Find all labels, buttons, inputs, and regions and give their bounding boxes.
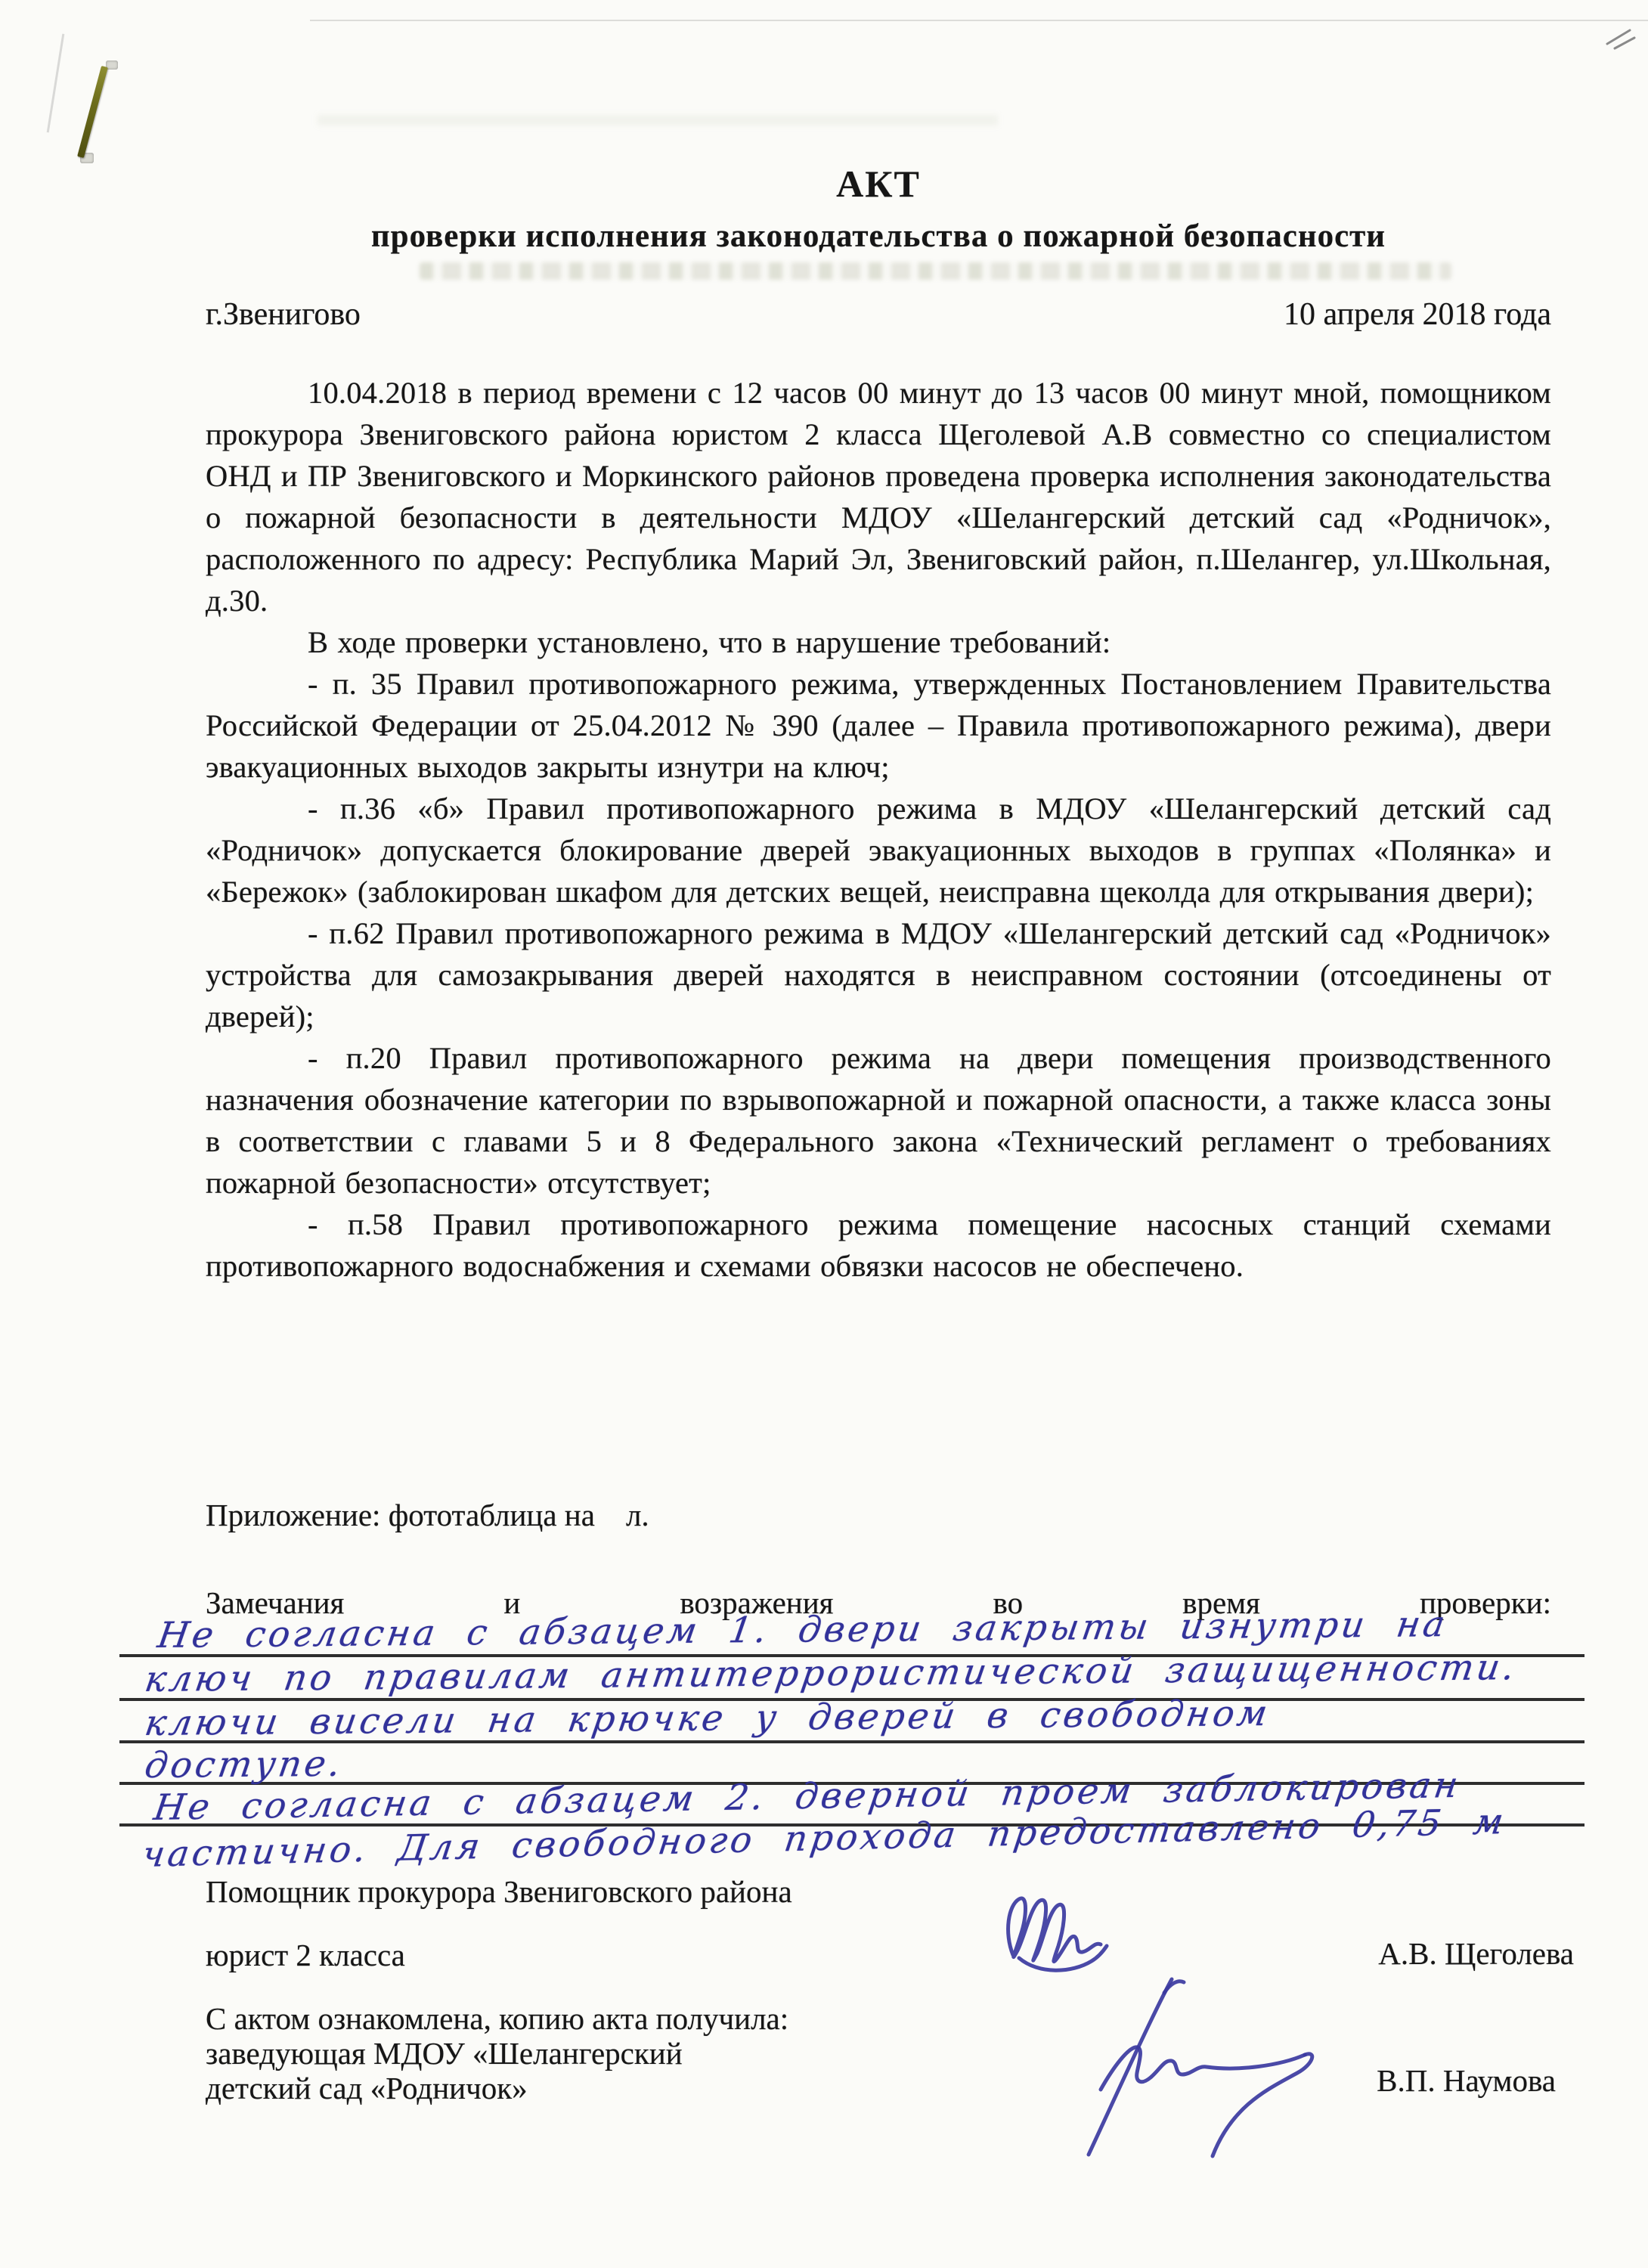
paragraph-violation-p58: - п.58 Правил противопожарного режима по… [206, 1204, 1551, 1287]
scanned-document-page: АКТ проверки исполнения законодательства… [0, 0, 1648, 2268]
doc-subtitle: проверки исполнения законодательства о п… [206, 218, 1551, 255]
scan-edge-line [47, 34, 65, 133]
place-date-row: г.Звенигово 10 апреля 2018 года [206, 296, 1551, 333]
handwritten-remark-line: доступе. [142, 1743, 346, 1786]
doc-date: 10 апреля 2018 года [1284, 296, 1551, 333]
scan-edge-line [310, 20, 1648, 21]
acknowledgement-line-1: С актом ознакомлена, копию акта получила… [206, 2000, 788, 2037]
head-name: В.П. Наумова [1377, 2062, 1556, 2099]
bleed-through-smudge [318, 115, 998, 125]
doc-title: АКТ [206, 162, 1551, 206]
pencil-tick-mark [1604, 23, 1637, 53]
body-text: 10.04.2018 в период времени с 12 часов 0… [206, 372, 1551, 1287]
acknowledgement-line-3: детский сад «Родничок» [206, 2070, 528, 2106]
paragraph-findings-lead: В ходе проверки установлено, что в наруш… [206, 621, 1551, 663]
signature-naumova [1052, 1975, 1340, 2171]
inspector-role-line: Помощник прокурора Звениговского района [206, 1873, 792, 1910]
inspector-name: А.В. Щеголева [1378, 1935, 1574, 1972]
signature-shchegoleva [996, 1890, 1178, 1981]
paragraph-violation-p62: - п.62 Правил противопожарного режима в … [206, 912, 1551, 1037]
handwritten-remark-line: ключи висели на крючке у дверей в свобод… [142, 1693, 1273, 1744]
bleed-through-text-band [420, 262, 1451, 280]
inspector-rank-line: юрист 2 класса [206, 1937, 405, 1973]
attachment-line: Приложение: фототаблица на л. [206, 1497, 1551, 1533]
acknowledgement-line-2: заведующая МДОУ «Шелангерский [206, 2035, 683, 2071]
doc-place: г.Звенигово [206, 296, 361, 333]
paragraph-intro: 10.04.2018 в период времени с 12 часов 0… [206, 372, 1551, 621]
paragraph-violation-p35: - п. 35 Правил противопожарного режима, … [206, 663, 1551, 788]
paragraph-violation-p20: - п.20 Правил противопожарного режима на… [206, 1037, 1551, 1204]
staple-icon [77, 66, 108, 158]
title-block: АКТ проверки исполнения законодательства… [206, 162, 1551, 255]
paragraph-violation-p36: - п.36 «б» Правил противопожарного режим… [206, 788, 1551, 912]
